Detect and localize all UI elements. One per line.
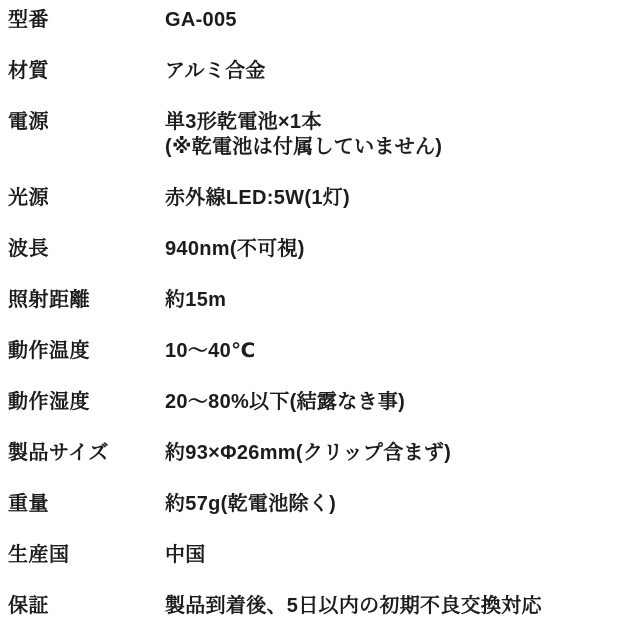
spec-value-warranty: 製品到着後、5日以内の初期不良交換対応: [165, 594, 630, 619]
spec-value-text: GA-005: [165, 8, 630, 33]
spec-label-power: 電源: [8, 110, 165, 135]
spec-row-operating-humidity: 動作湿度 20〜80%以下(結露なき事): [8, 390, 630, 415]
spec-row-product-size: 製品サイズ 約93×Φ26mm(クリップ含まず): [8, 441, 630, 466]
spec-row-weight: 重量 約57g(乾電池除く): [8, 492, 630, 517]
spec-row-warranty: 保証 製品到着後、5日以内の初期不良交換対応: [8, 594, 630, 619]
spec-value-text: 中国: [165, 543, 630, 568]
spec-value-material: アルミ合金: [165, 59, 630, 84]
spec-row-irradiation-distance: 照射距離 約15m: [8, 288, 630, 313]
spec-row-wavelength: 波長 940nm(不可視): [8, 237, 630, 262]
spec-label-wavelength: 波長: [8, 237, 165, 262]
spec-label-country-of-origin: 生産国: [8, 543, 165, 568]
spec-value-text: 約15m: [165, 288, 630, 313]
spec-value-product-size: 約93×Φ26mm(クリップ含まず): [165, 441, 630, 466]
spec-row-material: 材質 アルミ合金: [8, 59, 630, 84]
spec-value-wavelength: 940nm(不可視): [165, 237, 630, 262]
spec-row-light-source: 光源 赤外線LED:5W(1灯): [8, 186, 630, 211]
spec-label-operating-temperature: 動作温度: [8, 339, 165, 364]
spec-value-country-of-origin: 中国: [165, 543, 630, 568]
spec-value-text: アルミ合金: [165, 59, 630, 84]
spec-value-text: 約57g(乾電池除く): [165, 492, 630, 517]
spec-value-text: 940nm(不可視): [165, 237, 630, 262]
spec-label-model: 型番: [8, 8, 165, 33]
spec-value-operating-humidity: 20〜80%以下(結露なき事): [165, 390, 630, 415]
spec-label-material: 材質: [8, 59, 165, 84]
spec-value-text: 単3形乾電池×1本: [165, 110, 630, 135]
spec-row-country-of-origin: 生産国 中国: [8, 543, 630, 568]
spec-row-operating-temperature: 動作温度 10〜40℃: [8, 339, 630, 364]
spec-label-irradiation-distance: 照射距離: [8, 288, 165, 313]
spec-label-weight: 重量: [8, 492, 165, 517]
spec-value-text: 約93×Φ26mm(クリップ含まず): [165, 441, 630, 466]
spec-value-note: (※乾電池は付属していません): [165, 135, 630, 160]
spec-value-text: 10〜40℃: [165, 339, 630, 364]
spec-value-text: 製品到着後、5日以内の初期不良交換対応: [165, 594, 630, 619]
spec-value-text: 赤外線LED:5W(1灯): [165, 186, 630, 211]
spec-value-operating-temperature: 10〜40℃: [165, 339, 630, 364]
spec-row-power: 電源 単3形乾電池×1本 (※乾電池は付属していません): [8, 110, 630, 160]
spec-value-text: 20〜80%以下(結露なき事): [165, 390, 630, 415]
spec-value-light-source: 赤外線LED:5W(1灯): [165, 186, 630, 211]
spec-value-power: 単3形乾電池×1本 (※乾電池は付属していません): [165, 110, 630, 160]
spec-value-irradiation-distance: 約15m: [165, 288, 630, 313]
spec-label-product-size: 製品サイズ: [8, 441, 165, 466]
spec-label-warranty: 保証: [8, 594, 165, 619]
spec-value-weight: 約57g(乾電池除く): [165, 492, 630, 517]
spec-value-model: GA-005: [165, 8, 630, 33]
spec-label-light-source: 光源: [8, 186, 165, 211]
spec-row-model: 型番 GA-005: [8, 8, 630, 33]
spec-label-operating-humidity: 動作湿度: [8, 390, 165, 415]
product-spec-table: 型番 GA-005 材質 アルミ合金 電源 単3形乾電池×1本 (※乾電池は付属…: [0, 0, 640, 619]
